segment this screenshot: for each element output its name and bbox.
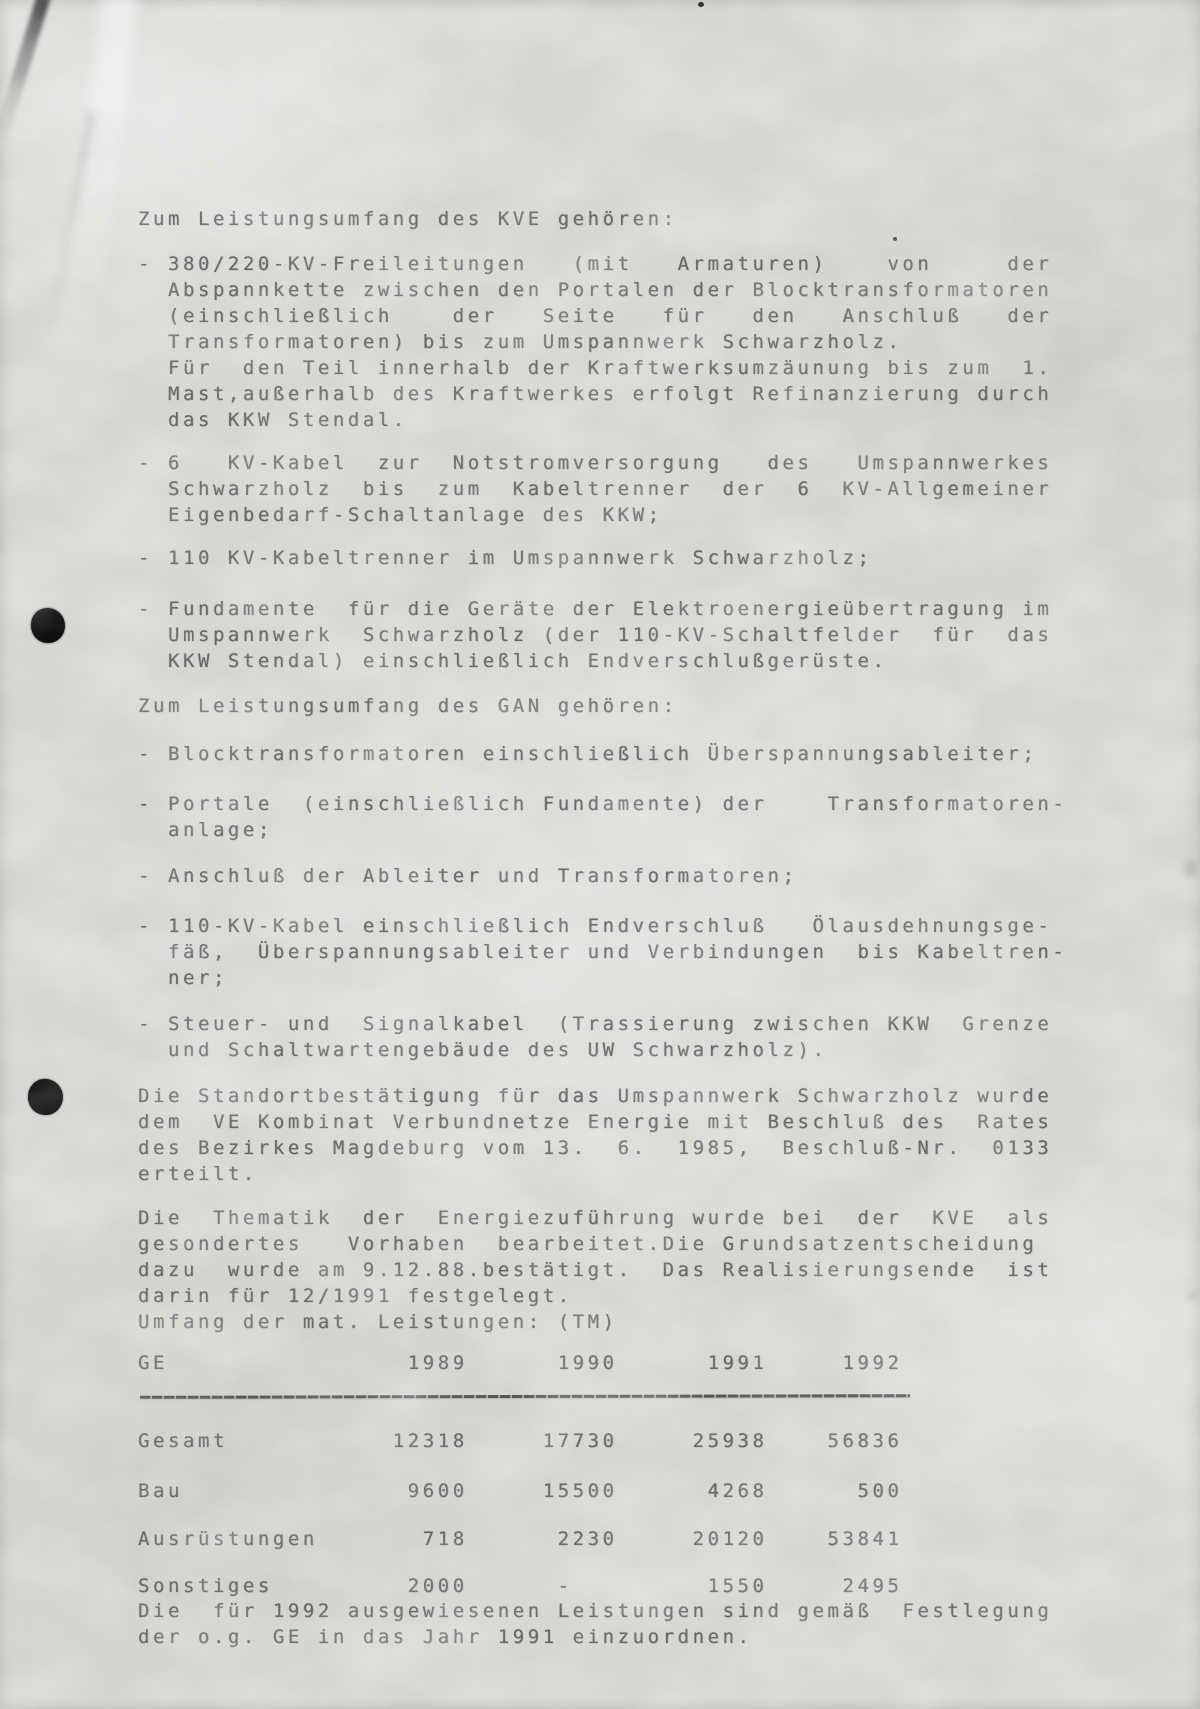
bullet-freileitungen: - 380/220-KV-Freileitungen (mit Armature… xyxy=(138,251,1052,433)
scanned-document-page: Zum Leistungsumfang des KVE gehören: - 3… xyxy=(0,0,1200,1709)
table-row-ausruestungen: Ausrüstungen 718 2230 20120 53841 xyxy=(138,1526,902,1552)
bullet-110kv-kabeltrenner: - 110 KV-Kabeltrenner im Umspannwerk Sch… xyxy=(138,545,872,571)
heading-gan-scope: Zum Leistungsumfang des GAN gehören: xyxy=(138,693,678,719)
heading-kve-scope: Zum Leistungsumfang des KVE gehören: xyxy=(138,206,678,232)
bullet-fundamente: - Fundamente für die Geräte der Elektroe… xyxy=(138,596,1052,674)
table-divider-line xyxy=(140,1394,910,1399)
para-closing-note: Die für 1992 ausgewiesenen Leistungen si… xyxy=(138,1598,1052,1650)
table-row-sonstiges: Sonstiges 2000 - 1550 2495 xyxy=(138,1573,902,1599)
table-row-bau: Bau 9600 15500 4268 500 xyxy=(138,1478,902,1504)
table-header-row: GE 1989 1990 1991 1992 xyxy=(138,1350,902,1376)
para-thematik-energie: Die Thematik der Energiezuführung wurde … xyxy=(138,1205,1052,1335)
table-row-gesamt: Gesamt 12318 17730 25938 56836 xyxy=(138,1428,902,1454)
typewritten-text-layer: Zum Leistungsumfang des KVE gehören: - 3… xyxy=(0,0,1200,1709)
bullet-6kv-kabel: - 6 KV-Kabel zur Notstromversorgung des … xyxy=(138,450,1052,528)
bullet-anschluss: - Anschluß der Ableiter und Transformato… xyxy=(138,863,798,889)
para-standortbestaetigung: Die Standortbestätigung für das Umspannw… xyxy=(138,1083,1052,1187)
bullet-110kv-kabel: - 110-KV-Kabel einschließlich Endverschl… xyxy=(138,913,1067,991)
bullet-steuer-signalkabel: - Steuer- und Signalkabel (Trassierung z… xyxy=(138,1011,1052,1063)
bullet-portale: - Portale (einschließlich Fundamente) de… xyxy=(138,791,1067,843)
bullet-blocktransformatoren: - Blocktransformatoren einschließlich Üb… xyxy=(138,741,1037,767)
